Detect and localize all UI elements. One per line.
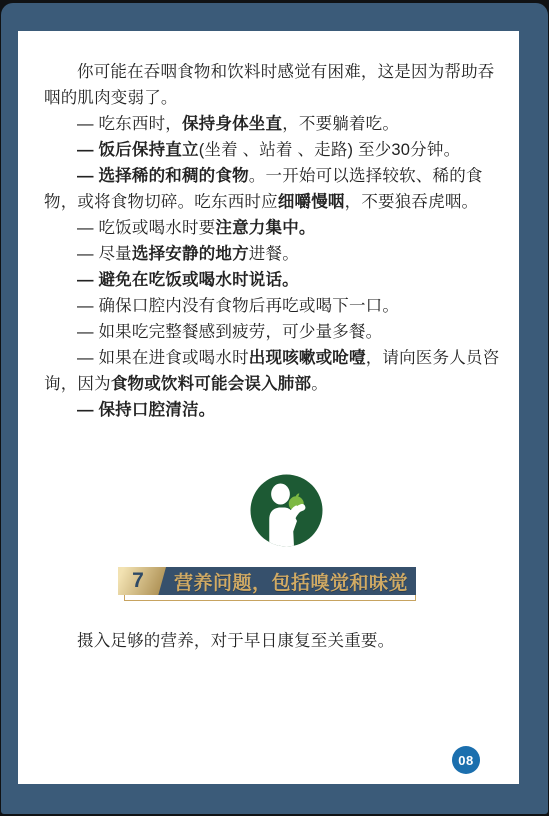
bullet-item: — 避免在吃饭或喝水时说话。 (44, 267, 507, 293)
bullet-item: — 尽量选择安静的地方进餐。 (44, 241, 507, 267)
bullet-item: — 如果在进食或喝水时出现咳嗽或呛噎，请向医务人员咨询，因为食物或饮料可能会误入… (44, 345, 507, 397)
page-card: 你可能在吞咽食物和饮料时感觉有困难，这是因为帮助吞咽的肌肉变弱了。 — 吃东西时… (1, 3, 548, 814)
bullet-item: — 如果吃完整餐感到疲劳，可少量多餐。 (44, 319, 507, 345)
screen-background: 你可能在吞咽食物和饮料时感觉有困难，这是因为帮助吞咽的肌肉变弱了。 — 吃东西时… (0, 0, 549, 816)
bullet-item: — 保持口腔清洁。 (44, 397, 507, 423)
page-sheet: 你可能在吞咽食物和饮料时感觉有困难，这是因为帮助吞咽的肌肉变弱了。 — 吃东西时… (18, 31, 519, 784)
bullet-item: — 吃东西时，保持身体坐直，不要躺着吃。 (44, 111, 507, 137)
bullet-item: — 确保口腔内没有食物后再吃或喝下一口。 (44, 293, 507, 319)
bullet-item: — 选择稀的和稠的食物。一开始可以选择较软、稀的食物，或将食物切碎。吃东西时应细… (44, 163, 507, 215)
page-number-badge: 08 (452, 746, 480, 774)
section-number: 7 (132, 569, 152, 593)
bullet-item: — 吃饭或喝水时要注意力集中。 (44, 215, 507, 241)
banner-bar: 7 营养问题，包括嗅觉和味觉 (118, 567, 416, 595)
bullet-list: — 吃东西时，保持身体坐直，不要躺着吃。— 饭后保持直立(坐着 、站着 、走路)… (44, 111, 507, 423)
footer-paragraph: 摄入足够的营养，对于早日康复至关重要。 (44, 628, 507, 654)
person-eating-apple-icon (249, 473, 324, 548)
bullet-item: — 饭后保持直立(坐着 、站着 、走路) 至少30分钟。 (44, 137, 507, 163)
section-number-plate: 7 (118, 567, 166, 595)
section-banner: 7 营养问题，包括嗅觉和味觉 (118, 567, 416, 595)
section-title: 营养问题，包括嗅觉和味觉 (170, 567, 412, 595)
body-text-block: 你可能在吞咽食物和饮料时感觉有困难，这是因为帮助吞咽的肌肉变弱了。 — 吃东西时… (18, 31, 519, 423)
intro-paragraph: 你可能在吞咽食物和饮料时感觉有困难，这是因为帮助吞咽的肌肉变弱了。 (44, 59, 507, 111)
